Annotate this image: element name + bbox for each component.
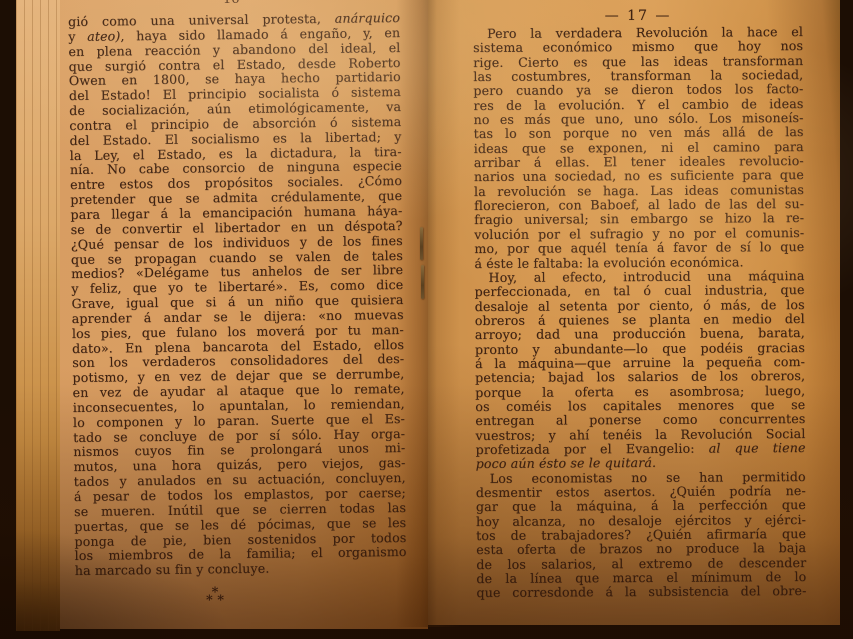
left-page-number: 16: [223, 0, 240, 7]
asterism-bottom-row: * *: [197, 597, 233, 605]
left-page-text: gió como una universal protesta, anárqui…: [68, 11, 407, 579]
book-photo: 16 gió como una universal protesta, anár…: [0, 0, 853, 639]
staple-bottom: [421, 265, 424, 299]
asterism-divider: * * *: [197, 589, 233, 604]
right-page-text: Pero la verdadera Revolución la hace els…: [473, 25, 806, 601]
page-stack-edge: [16, 0, 60, 631]
right-page-number: — 17 —: [473, 8, 803, 24]
text-line: que corresdonde á la subsistencia del ob…: [476, 584, 806, 600]
staple-top: [420, 227, 423, 260]
